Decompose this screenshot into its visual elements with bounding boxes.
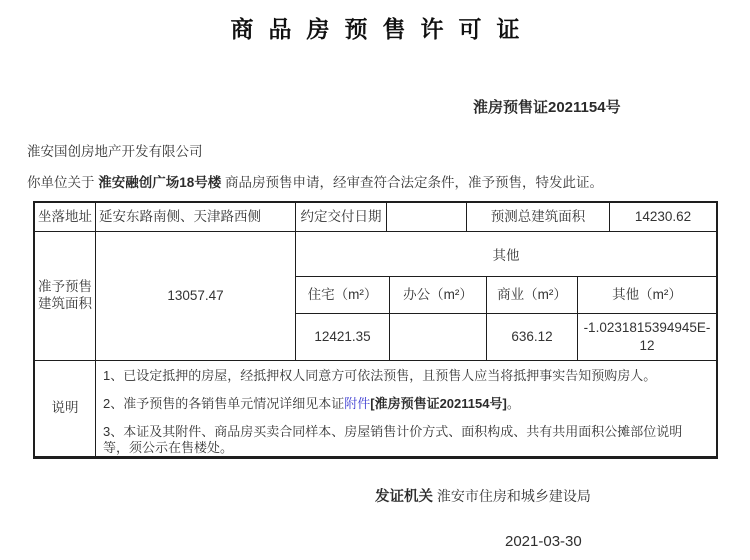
breakdown-header-row: 住宅（m²） 办公（m²） 商业（m²） 其他（m²） <box>296 277 716 314</box>
attachment-link[interactable]: 附件 <box>344 396 370 411</box>
predicted-area-label: 预测总建筑面积 <box>467 203 610 232</box>
location-label: 坐落地址 <box>35 203 96 232</box>
intro-suffix: 商品房预售申请，经审查符合法定条件，准予预售，特发此证。 <box>221 175 603 190</box>
note-item-2-text: 2、准予预售的各销售单元情况详细见本证 <box>103 396 344 411</box>
delivery-date-value <box>387 203 467 232</box>
issuer-label: 发证机关 <box>375 489 433 505</box>
presale-permit-page: { "title": "商品房预售许可证", "permit_no": "淮房预… <box>0 0 750 560</box>
note-item-2-end: 。 <box>507 396 520 411</box>
issue-date: 2021-03-30 <box>505 533 582 550</box>
breakdown-value-row: 12421.35 636.12 -1.0231815394945E-12 <box>296 314 716 361</box>
company-name: 淮安国创房地产开发有限公司 <box>27 140 203 160</box>
table-row-approved-area: 准予预售建筑面积 13057.47 其他 住宅（m²） 办公（m²） 商业（m²… <box>35 232 716 361</box>
permit-number: 淮房预售证2021154号 <box>473 96 621 117</box>
table-row-location: 坐落地址 延安东路南侧、天津路西侧 约定交付日期 预测总建筑面积 14230.6… <box>35 203 716 232</box>
delivery-date-label: 约定交付日期 <box>296 203 387 232</box>
intro-prefix: 你单位关于 <box>27 175 98 190</box>
note-item-2: 2、准予预售的各销售单元情况详细见本证附件[淮房预售证2021154号]。 <box>103 396 706 412</box>
project-name: 淮安融创广场18号楼 <box>98 175 221 190</box>
value-residential: 12421.35 <box>296 314 390 361</box>
col-header-office: 办公（m²） <box>390 277 487 314</box>
issuing-authority-line: 发证机关 淮安市住房和城乡建设局 <box>375 485 591 506</box>
value-commercial: 636.12 <box>487 314 578 361</box>
table-row-notes: 说明 1、已设定抵押的房屋，经抵押权人同意方可依法预售，且预售人应当将抵押事实告… <box>35 361 716 456</box>
breakdown-group-header: 其他 <box>296 232 716 277</box>
location-value: 延安东路南侧、天津路西侧 <box>96 203 296 232</box>
notes-label: 说明 <box>35 361 96 456</box>
issuer-value: 淮安市住房和城乡建设局 <box>433 488 591 504</box>
intro-paragraph: 你单位关于 淮安融创广场18号楼 商品房预售申请，经审查符合法定条件，准予预售，… <box>27 171 603 191</box>
value-other: -1.0231815394945E-12 <box>578 314 716 361</box>
note-item-2-permit-ref: [淮房预售证2021154号] <box>370 396 507 411</box>
col-header-commercial: 商业（m²） <box>487 277 578 314</box>
col-header-residential: 住宅（m²） <box>296 277 390 314</box>
value-office <box>390 314 487 361</box>
notes-content: 1、已设定抵押的房屋，经抵押权人同意方可依法预售，且预售人应当将抵押事实告知预购… <box>96 361 716 456</box>
note-item-3: 3、本证及其附件、商品房买卖合同样本、房屋销售计价方式、面积构成、共有共用面积公… <box>103 424 706 456</box>
approved-area-total: 13057.47 <box>96 232 296 361</box>
page-title: 商品房预售许可证 <box>0 11 750 44</box>
approved-area-breakdown: 其他 住宅（m²） 办公（m²） 商业（m²） 其他（m²） 12421.35 … <box>296 232 716 361</box>
col-header-other: 其他（m²） <box>578 277 716 314</box>
note-item-1: 1、已设定抵押的房屋，经抵押权人同意方可依法预售，且预售人应当将抵押事实告知预购… <box>103 368 706 384</box>
predicted-area-value: 14230.62 <box>610 203 716 232</box>
presale-table: 坐落地址 延安东路南侧、天津路西侧 约定交付日期 预测总建筑面积 14230.6… <box>33 201 718 459</box>
approved-area-label: 准予预售建筑面积 <box>35 232 96 361</box>
